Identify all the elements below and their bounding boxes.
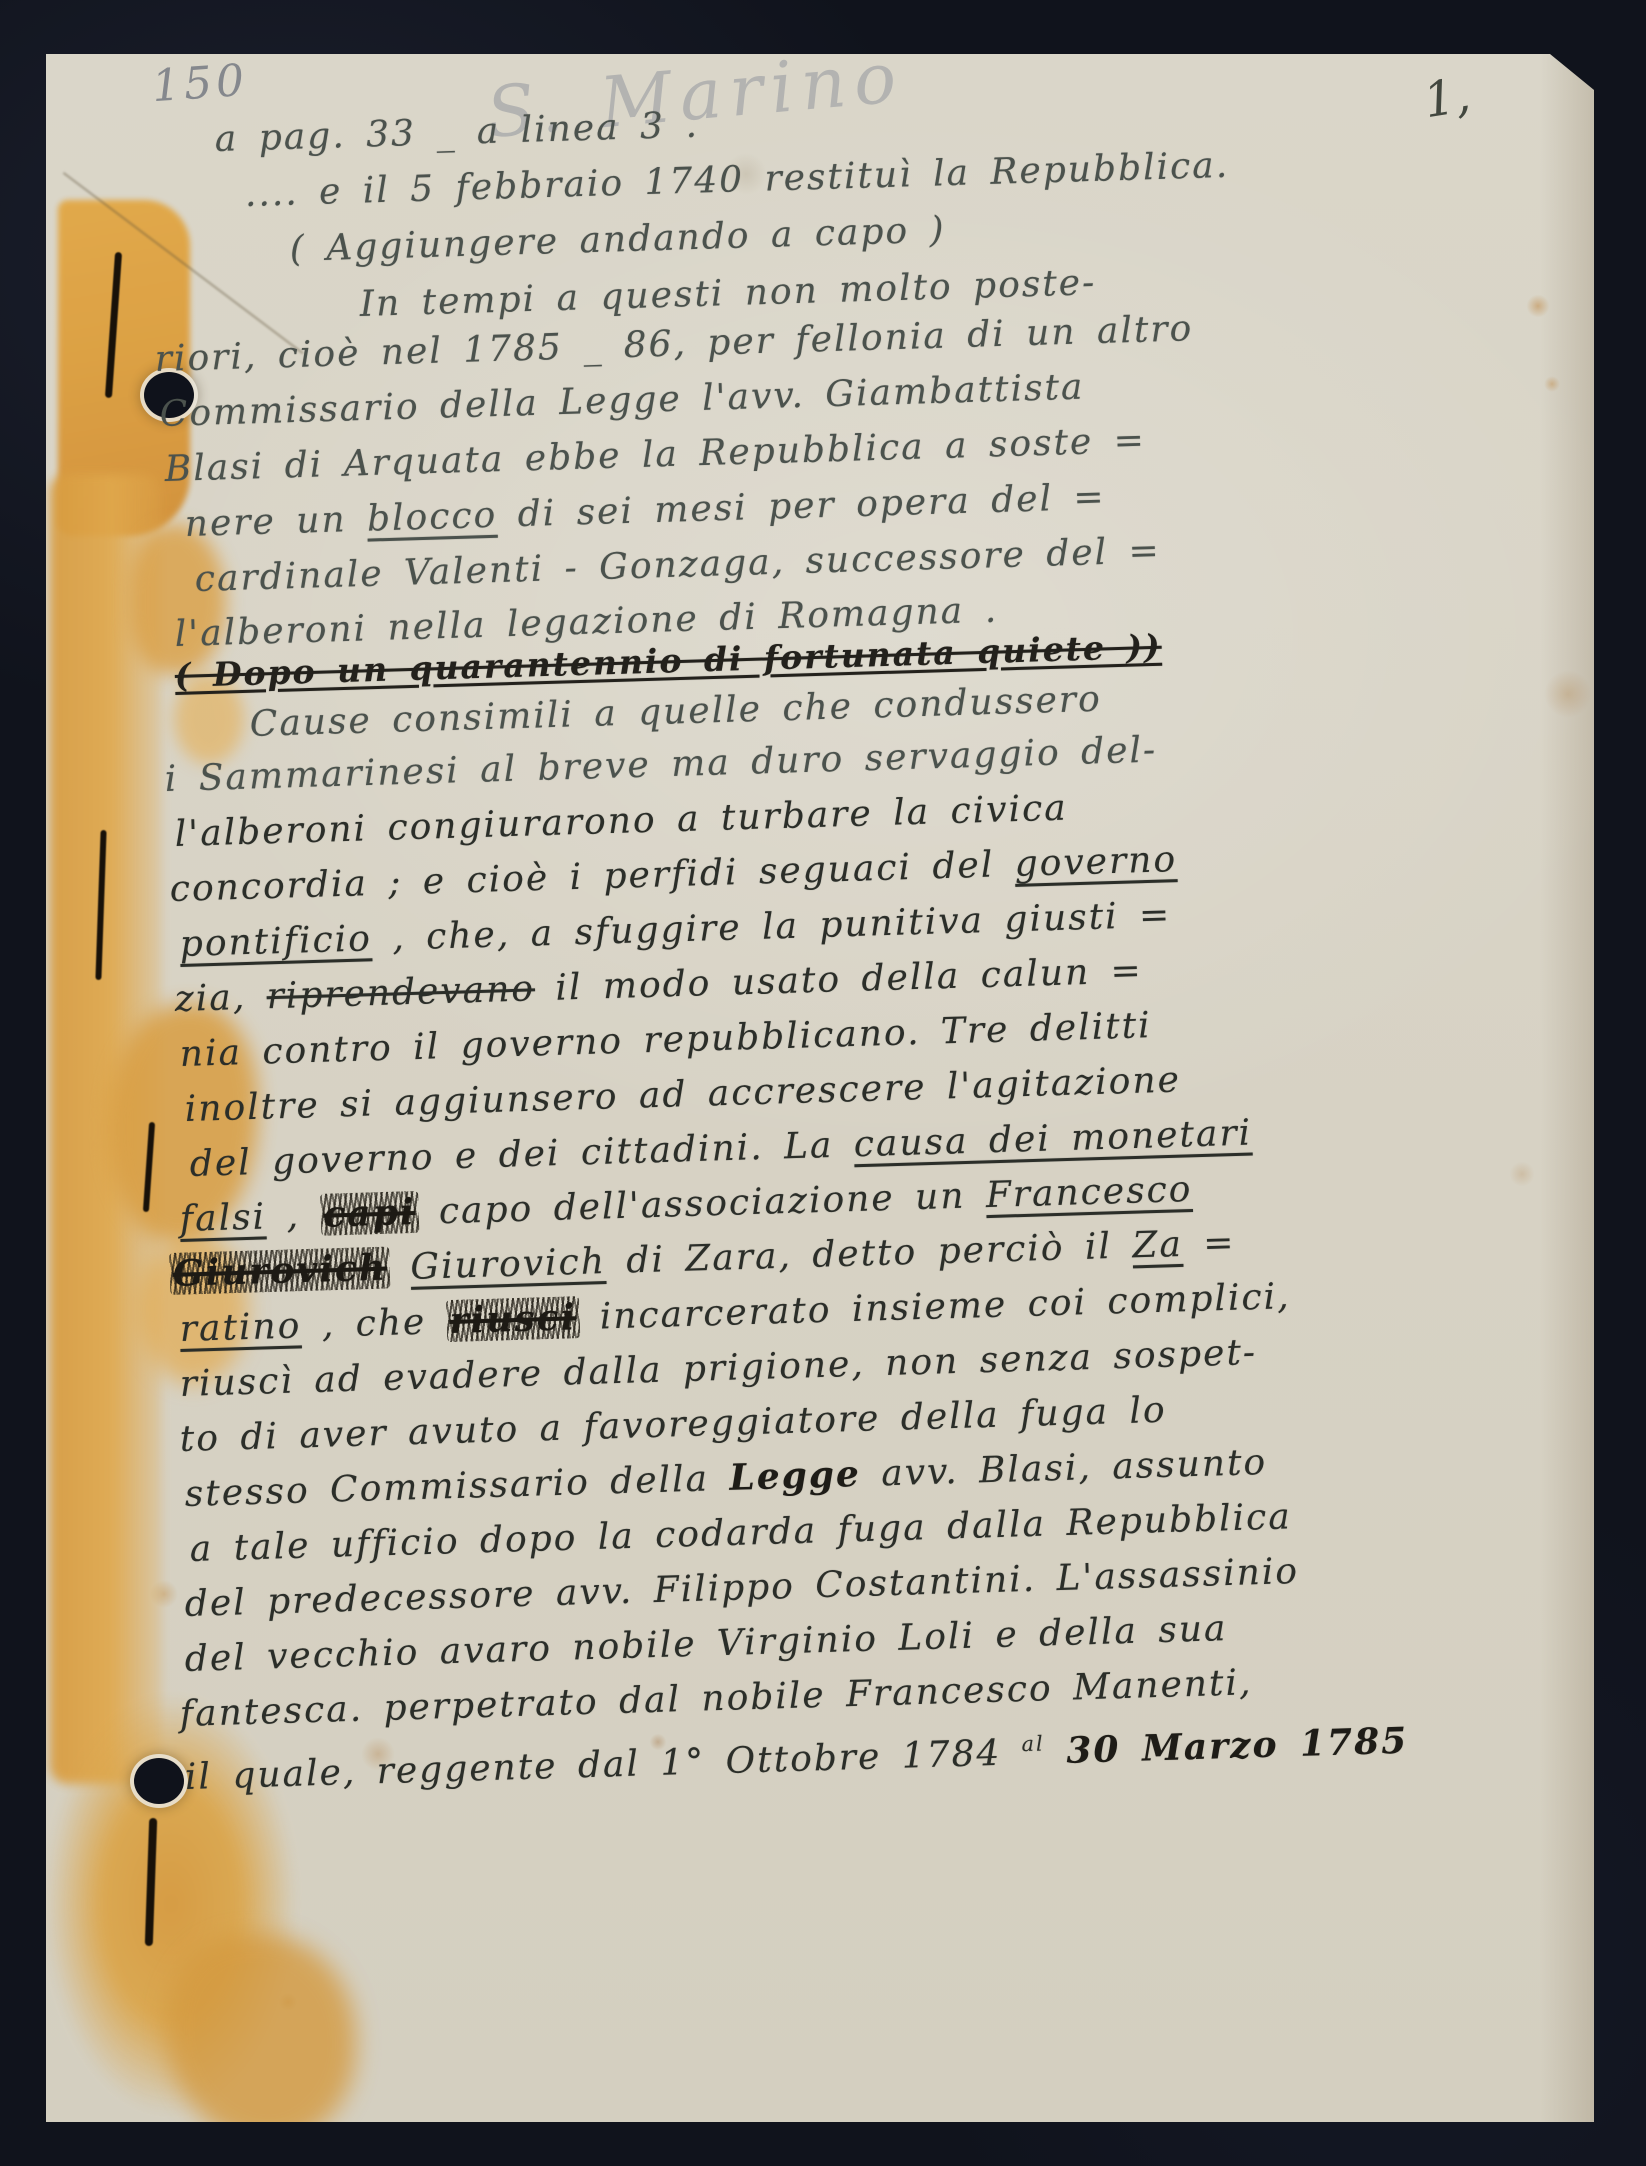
- manuscript-text: a pag. 33 _ a linea 3 ..... e il 5 febbr…: [151, 112, 1568, 1805]
- page-number-pencil: 150: [150, 55, 249, 113]
- glue-stain-blob: [166, 1934, 356, 2144]
- tape-stain-middle: [50, 474, 162, 1784]
- manuscript-page: 150 S. Marino 1, a pag. 33 _ a linea 3 .…: [46, 54, 1594, 2122]
- binding-slit: [95, 830, 106, 980]
- binding-slit: [105, 252, 122, 398]
- photo-background: 150 S. Marino 1, a pag. 33 _ a linea 3 .…: [0, 0, 1646, 2166]
- binding-slit: [145, 1818, 157, 1946]
